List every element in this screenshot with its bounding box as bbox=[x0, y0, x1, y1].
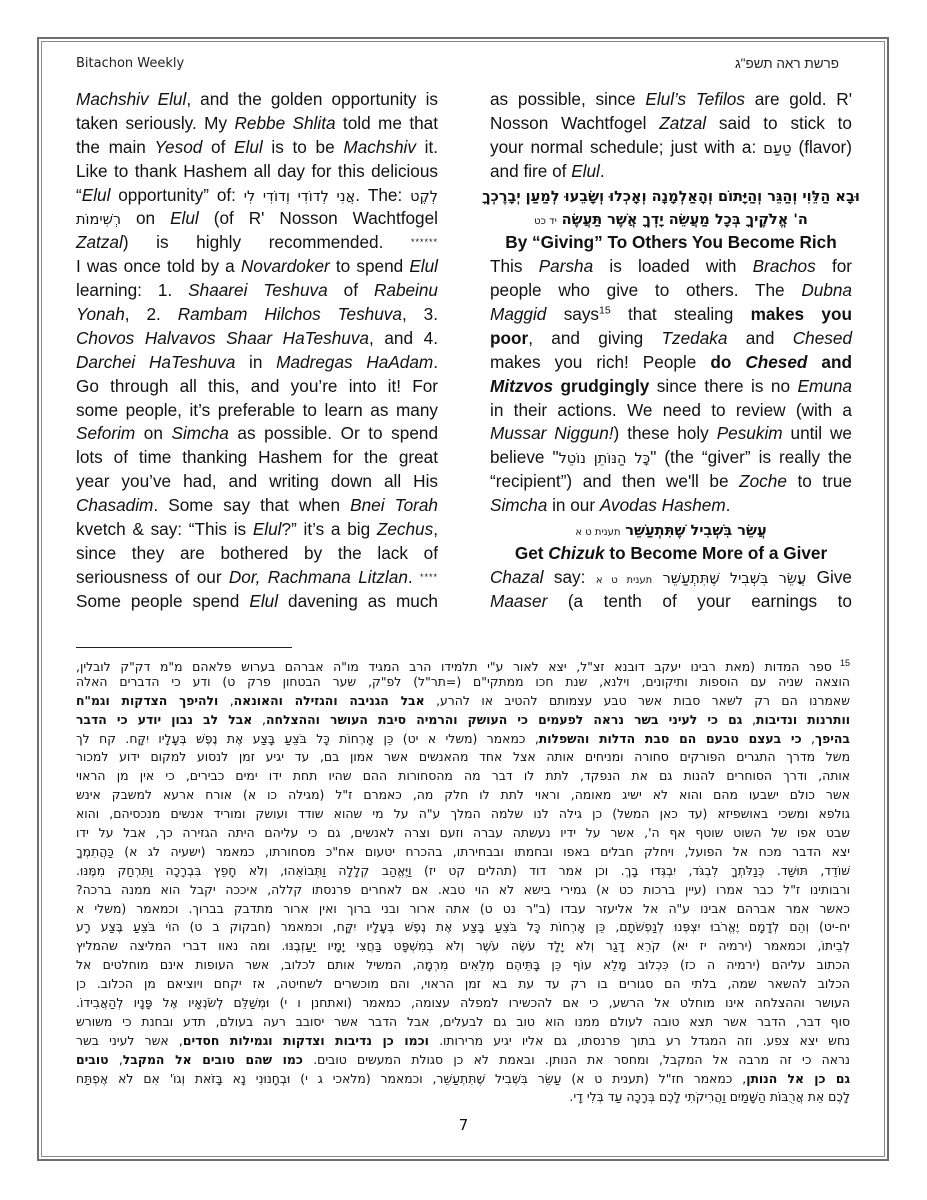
footnote-line: שבט אפו של השוט שוטף אף ה', אשר על ידיו … bbox=[76, 824, 850, 843]
text-line: I was once told by a Novardoker to spend… bbox=[76, 255, 438, 279]
footnote-line: אותה, ודרך הסוחרים להנות גם את הנפקד, לת… bbox=[76, 767, 850, 786]
text-line: makes you rich! People do Chesed and bbox=[490, 351, 852, 375]
text-line: some people, it’s preferable to learn as… bbox=[76, 399, 438, 423]
text-line: Maaser (a tenth of your earnings to bbox=[490, 590, 852, 614]
footnote-line: הוצאה שניה עם הוספות ותיקונים, וילנא, שנ… bbox=[76, 673, 850, 692]
footnote-line: לָכֶם אֵת אֲרֻבּוֹת הַשָּׁמַיִם וַהֲרִיק… bbox=[76, 1088, 850, 1107]
text-line: “recipient”) and then we'll be Zoche to … bbox=[490, 470, 852, 494]
footnote-line: משל מדרך התגרים הפורקים סחורה ומניחים או… bbox=[76, 748, 850, 767]
footnote-line: 15 ספר המדות (מאת רבינו יעקב דובנא זצ"ל,… bbox=[76, 654, 850, 673]
text-line: people who give to others. The Dubna bbox=[490, 279, 852, 303]
text-line: This Parsha is loaded with Brachos for bbox=[490, 255, 852, 279]
section-separator-stars: **** bbox=[420, 572, 438, 582]
footnote-reference: 15 bbox=[599, 304, 611, 316]
section-separator-stars: ****** bbox=[411, 237, 438, 247]
pasuk-reference: תענית ט א bbox=[575, 527, 620, 538]
text-line: Seforim on Simcha as possible. Or to spe… bbox=[76, 422, 438, 446]
footnote-line: יצא הדבר מכח אל הפועל, ויחלק חבלים באפו … bbox=[76, 843, 850, 862]
text-line: as possible, since Elul’s Tefilos are go… bbox=[490, 88, 852, 112]
text-line: Darchei HaTeshuva in Madregas HaAdam. bbox=[76, 351, 438, 375]
text-line: Machshiv Elul, and the golden opportunit… bbox=[76, 88, 438, 112]
pasuk-quote: עֲשֵׂר בִּשְׁבִיל שֶׁתִּתְעַשֵּׁר תענית … bbox=[490, 518, 852, 542]
footnote-line: אשר כולם ישבעו מהם והוא לא ישיג מאומה, ו… bbox=[76, 786, 850, 805]
pasuk-quote-line-1: וּבָא הַלֵּוִי וְהַגֵּר וְהַיָּתוֹם וְהָ… bbox=[480, 184, 862, 208]
text-line: in their actions. We need to review (wit… bbox=[490, 399, 852, 423]
section-heading: Get Chizuk to Become More of a Giver bbox=[490, 542, 852, 566]
footnote-line: העושר וההצלחה אינו מוחלט אל הרשע, כי אם … bbox=[76, 994, 850, 1013]
footnote-line: גולפא ומשכי באושפיזא (עד כאן המשל) כן גי… bbox=[76, 805, 850, 824]
text-line: the main Yesod of Elul is to be Machshiv… bbox=[76, 136, 438, 160]
text-line: Simcha in our Avodas Hashem. bbox=[490, 494, 852, 518]
text-line: Like to thank Hashem all day for this de… bbox=[76, 160, 438, 184]
footnote-line: סוף דבר, הדבר אשר תצא טובה לעולם ממנו הו… bbox=[76, 1013, 850, 1032]
footnote-line: יח-יט) וְהֵם לְדָמָם יֶאֱרֹבוּ יִצְפְּנו… bbox=[76, 918, 850, 937]
footnote-15: 15 ספר המדות (מאת רבינו יעקב דובנא זצ"ל,… bbox=[76, 654, 850, 1107]
footnote-line: נראה כי זה מרבה אל המקבל, ומחסר את הנותן… bbox=[76, 1051, 850, 1070]
footnote-line: ורבותינו ז"ל כבר אמרו (עיין ברכות כט א) … bbox=[76, 881, 850, 900]
text-line: Maggid says15 that stealing makes you bbox=[490, 303, 852, 327]
text-line: poor, and giving Tzedaka and Chesed bbox=[490, 327, 852, 351]
text-line: Some people spend Elul davening as much bbox=[76, 590, 438, 614]
text-line: since they are bothered by the lack of bbox=[76, 542, 438, 566]
text-line: learning: 1. Shaarei Teshuva of Rabeinu bbox=[76, 279, 438, 303]
footnote-number: 15 bbox=[832, 658, 850, 668]
footnote-line: וותרנות ונדיבות, גם כי לעיני בשר נראה לפ… bbox=[76, 711, 850, 730]
left-column: Machshiv Elul, and the golden opportunit… bbox=[76, 88, 438, 614]
text-line: believe "כָּל הַנּוֹתֵן נוֹטֵל" (the “gi… bbox=[490, 446, 852, 470]
text-line: seriousness of our Dor, Rachmana Litzlan… bbox=[76, 566, 438, 590]
footnote-line: בהיפך, כי בעצם טבעם הם סבת הדלות והשפלות… bbox=[76, 730, 850, 749]
text-line: kvetch & say: “This is Elul?” it’s a big… bbox=[76, 518, 438, 542]
footnote-line: נחש יצא צפע. וזה המגדל רע בתוך פרנסתו, ג… bbox=[76, 1032, 850, 1051]
text-line: Nosson Wachtfogel Zatzal said to stick t… bbox=[490, 112, 852, 136]
footnote-line: הכלוב להשאר שמה, בלתי הם סגורים בו רק עד… bbox=[76, 975, 850, 994]
header-publication-title: Bitachon Weekly bbox=[76, 56, 184, 71]
text-line: “Elul opportunity” of: אֲנִי לְדוֹדִי וְ… bbox=[76, 184, 438, 208]
pasuk-quote-line-2: ה' אֱלֹקֶיךָ בְּכָל מַעֲשֵׂה יָדְךָ אֲשֶ… bbox=[490, 207, 852, 231]
footnote-line: גם כן אל הנותן, כמאמר חז"ל (תענית ט א) ע… bbox=[76, 1070, 850, 1089]
right-column: as possible, since Elul’s Tefilos are go… bbox=[490, 88, 852, 614]
footnote-line: שאמרנו הם רק לשאר סבות אשר טבע עצמותם לה… bbox=[76, 692, 850, 711]
text-line: Zatzal) is highly recommended. ****** bbox=[76, 231, 438, 255]
text-line: Chovos Halvavos Shaar HaTeshuva, and 4. bbox=[76, 327, 438, 351]
text-line: Mitzvos grudgingly since there is no Emu… bbox=[490, 375, 852, 399]
header-parsha-date: פרשת ראה תשפ"ג bbox=[735, 56, 839, 71]
text-line: Chazal say: עֲשֵׂר בִּשְׁבִיל שֶׁתִּתְעַ… bbox=[490, 566, 852, 590]
text-line: lots of time thanking Hashem for the gre… bbox=[76, 446, 438, 470]
footnote-separator bbox=[76, 647, 292, 648]
footnote-line: הכתוב עליהם (ירמיה ה כז) כִּכְלוּב מָלֵא… bbox=[76, 956, 850, 975]
text-line: Go through all this, and you’re into it!… bbox=[76, 375, 438, 399]
text-line: your normal schedule; just with a: טַעַם… bbox=[490, 136, 852, 160]
text-line: Chasadim. Some say that when Bnei Torah bbox=[76, 494, 438, 518]
footnote-line: כאשר אמר אברהם אבינו ע"ה אל אליעזר עבדו … bbox=[76, 900, 850, 919]
text-line: taken seriously. My Rebbe Shlita told me… bbox=[76, 112, 438, 136]
text-line: and fire of Elul. bbox=[490, 160, 852, 184]
text-line: Yonah, 2. Rambam Hilchos Teshuva, 3. bbox=[76, 303, 438, 327]
text-line: רְשִׁימוֹת on Elul (of R' Nosson Wachtfo… bbox=[76, 207, 438, 231]
footnote-line: לְבֵיתוֹ, וכמאמר (ירמיה יז יא) קֹרֵא דָג… bbox=[76, 937, 850, 956]
section-heading: By “Giving” To Others You Become Rich bbox=[490, 231, 852, 255]
page-number: 7 bbox=[0, 1116, 927, 1134]
pasuk-reference: יד כט bbox=[534, 216, 557, 227]
text-line: year you’ve had, and writing down all Hi… bbox=[76, 470, 438, 494]
footnote-line: שׁוֹדֵד, תּוּשַּׁד. כְּנַלֹּתְךָ לִבְגֹּ… bbox=[76, 862, 850, 881]
text-line: Mussar Niggun!) these holy Pesukim until… bbox=[490, 422, 852, 446]
